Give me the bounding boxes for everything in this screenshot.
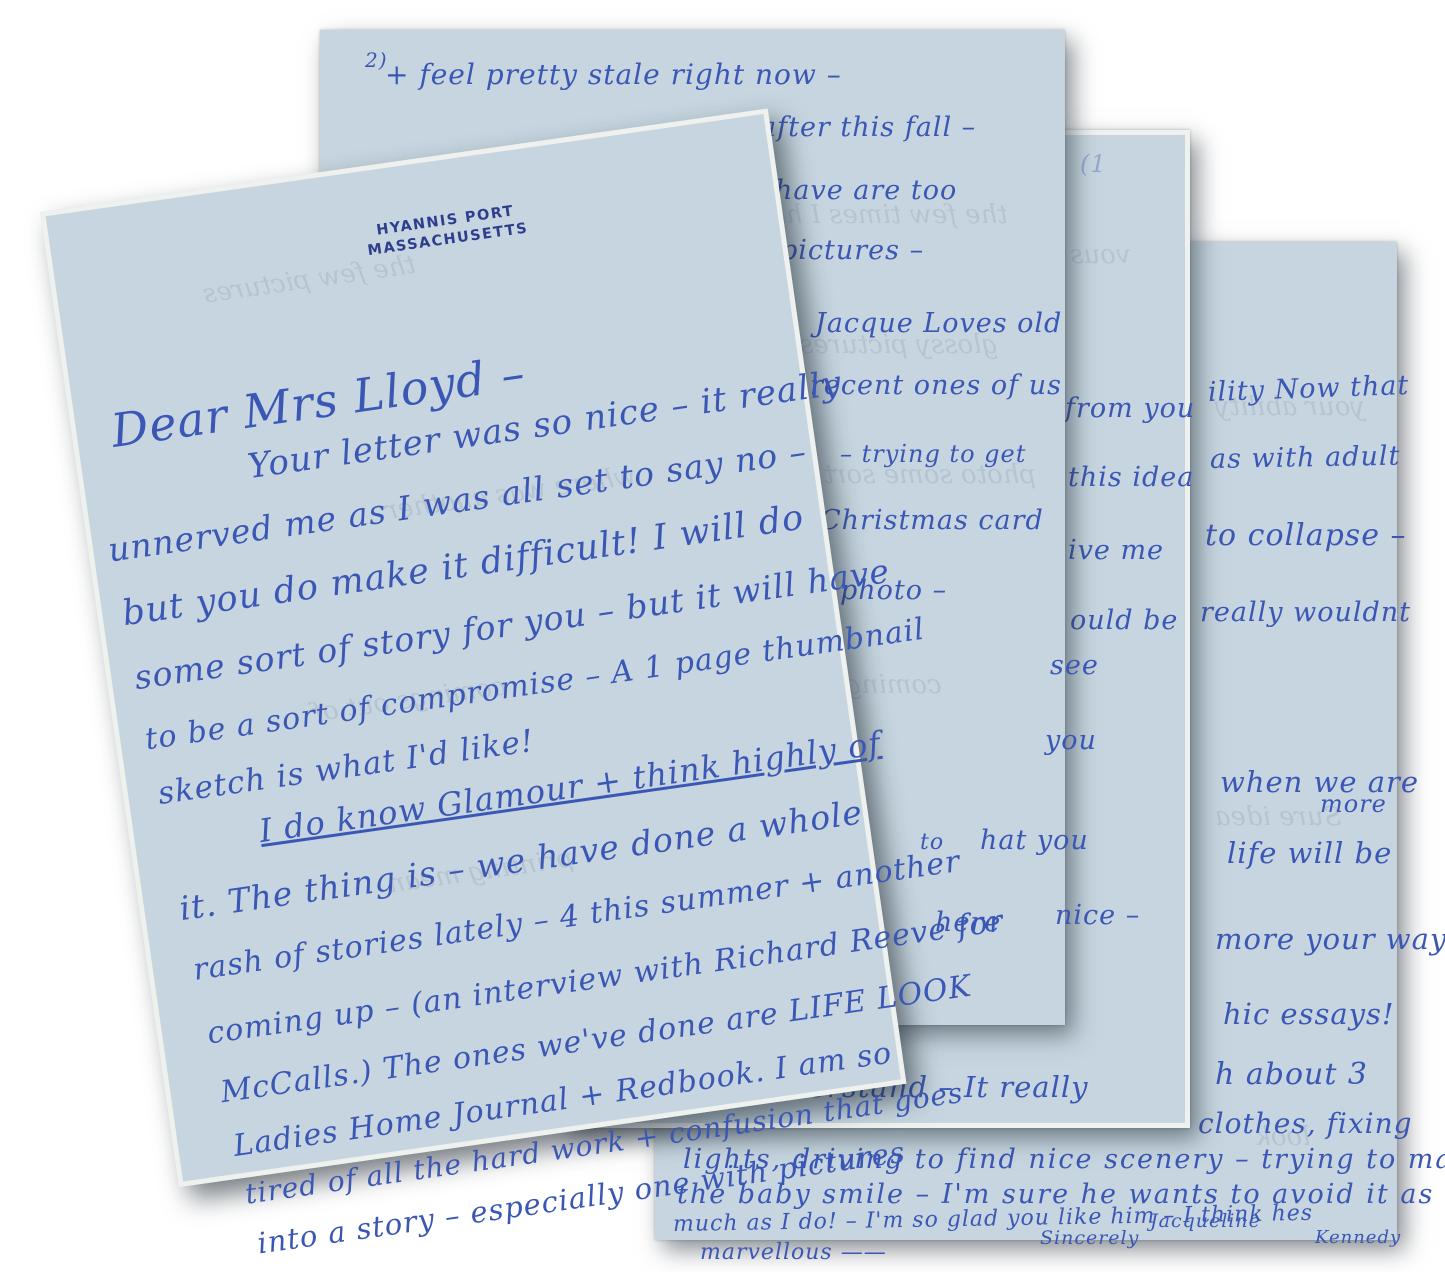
letterhead: HYANNIS PORT MASSACHUSETTS: [350, 199, 543, 263]
handwriting-line: ive me: [1068, 535, 1164, 566]
handwriting-line: more your way: [1215, 922, 1445, 956]
handwriting-line: hat you: [980, 825, 1089, 856]
handwriting-line: you: [1045, 725, 1097, 756]
handwriting-line: Christmas card: [820, 505, 1044, 536]
handwriting-line: this idea: [1068, 462, 1194, 493]
handwriting-line: from you: [1065, 393, 1195, 424]
handwriting-line: + feel pretty stale right now –: [385, 58, 842, 91]
handwriting-line: marvellous ——: [700, 1240, 887, 1265]
handwriting-line: Jacque Loves old: [815, 308, 1062, 339]
handwriting-line: nice –: [1055, 900, 1140, 931]
handwriting-line: more: [1320, 790, 1387, 818]
handwriting-line: – trying to get: [840, 440, 1026, 468]
handwriting-line: recent ones of us: [810, 370, 1062, 401]
handwriting-line: ould be: [1070, 605, 1178, 636]
handwriting-line: see: [1050, 650, 1099, 681]
signature-first-name: Jacqueline: [1150, 1210, 1261, 1232]
handwriting-line: to collapse –: [1205, 518, 1406, 553]
handwriting-line: have are too: [775, 175, 957, 206]
handwriting-line: life will be: [1227, 836, 1392, 870]
handwriting-line: h about 3: [1215, 1057, 1368, 1092]
handwriting-line: clothes, fixing: [1198, 1107, 1413, 1140]
handwriting-line: pictures –: [780, 235, 924, 266]
signature-closing: Sincerely: [1040, 1227, 1139, 1249]
handwriting-line: as with adult: [1210, 441, 1401, 475]
signature-last-name: Kennedy: [1315, 1227, 1401, 1248]
handwriting-line: after this fall –: [760, 112, 976, 143]
page-number-mark: (1: [1080, 150, 1107, 178]
handwriting-line: hic essays!: [1223, 997, 1395, 1031]
letter-page-1: the few pictures where was another comin…: [40, 108, 906, 1187]
handwriting-line: ility Now that: [1207, 370, 1409, 408]
handwriting-line: really wouldnt: [1200, 597, 1411, 628]
